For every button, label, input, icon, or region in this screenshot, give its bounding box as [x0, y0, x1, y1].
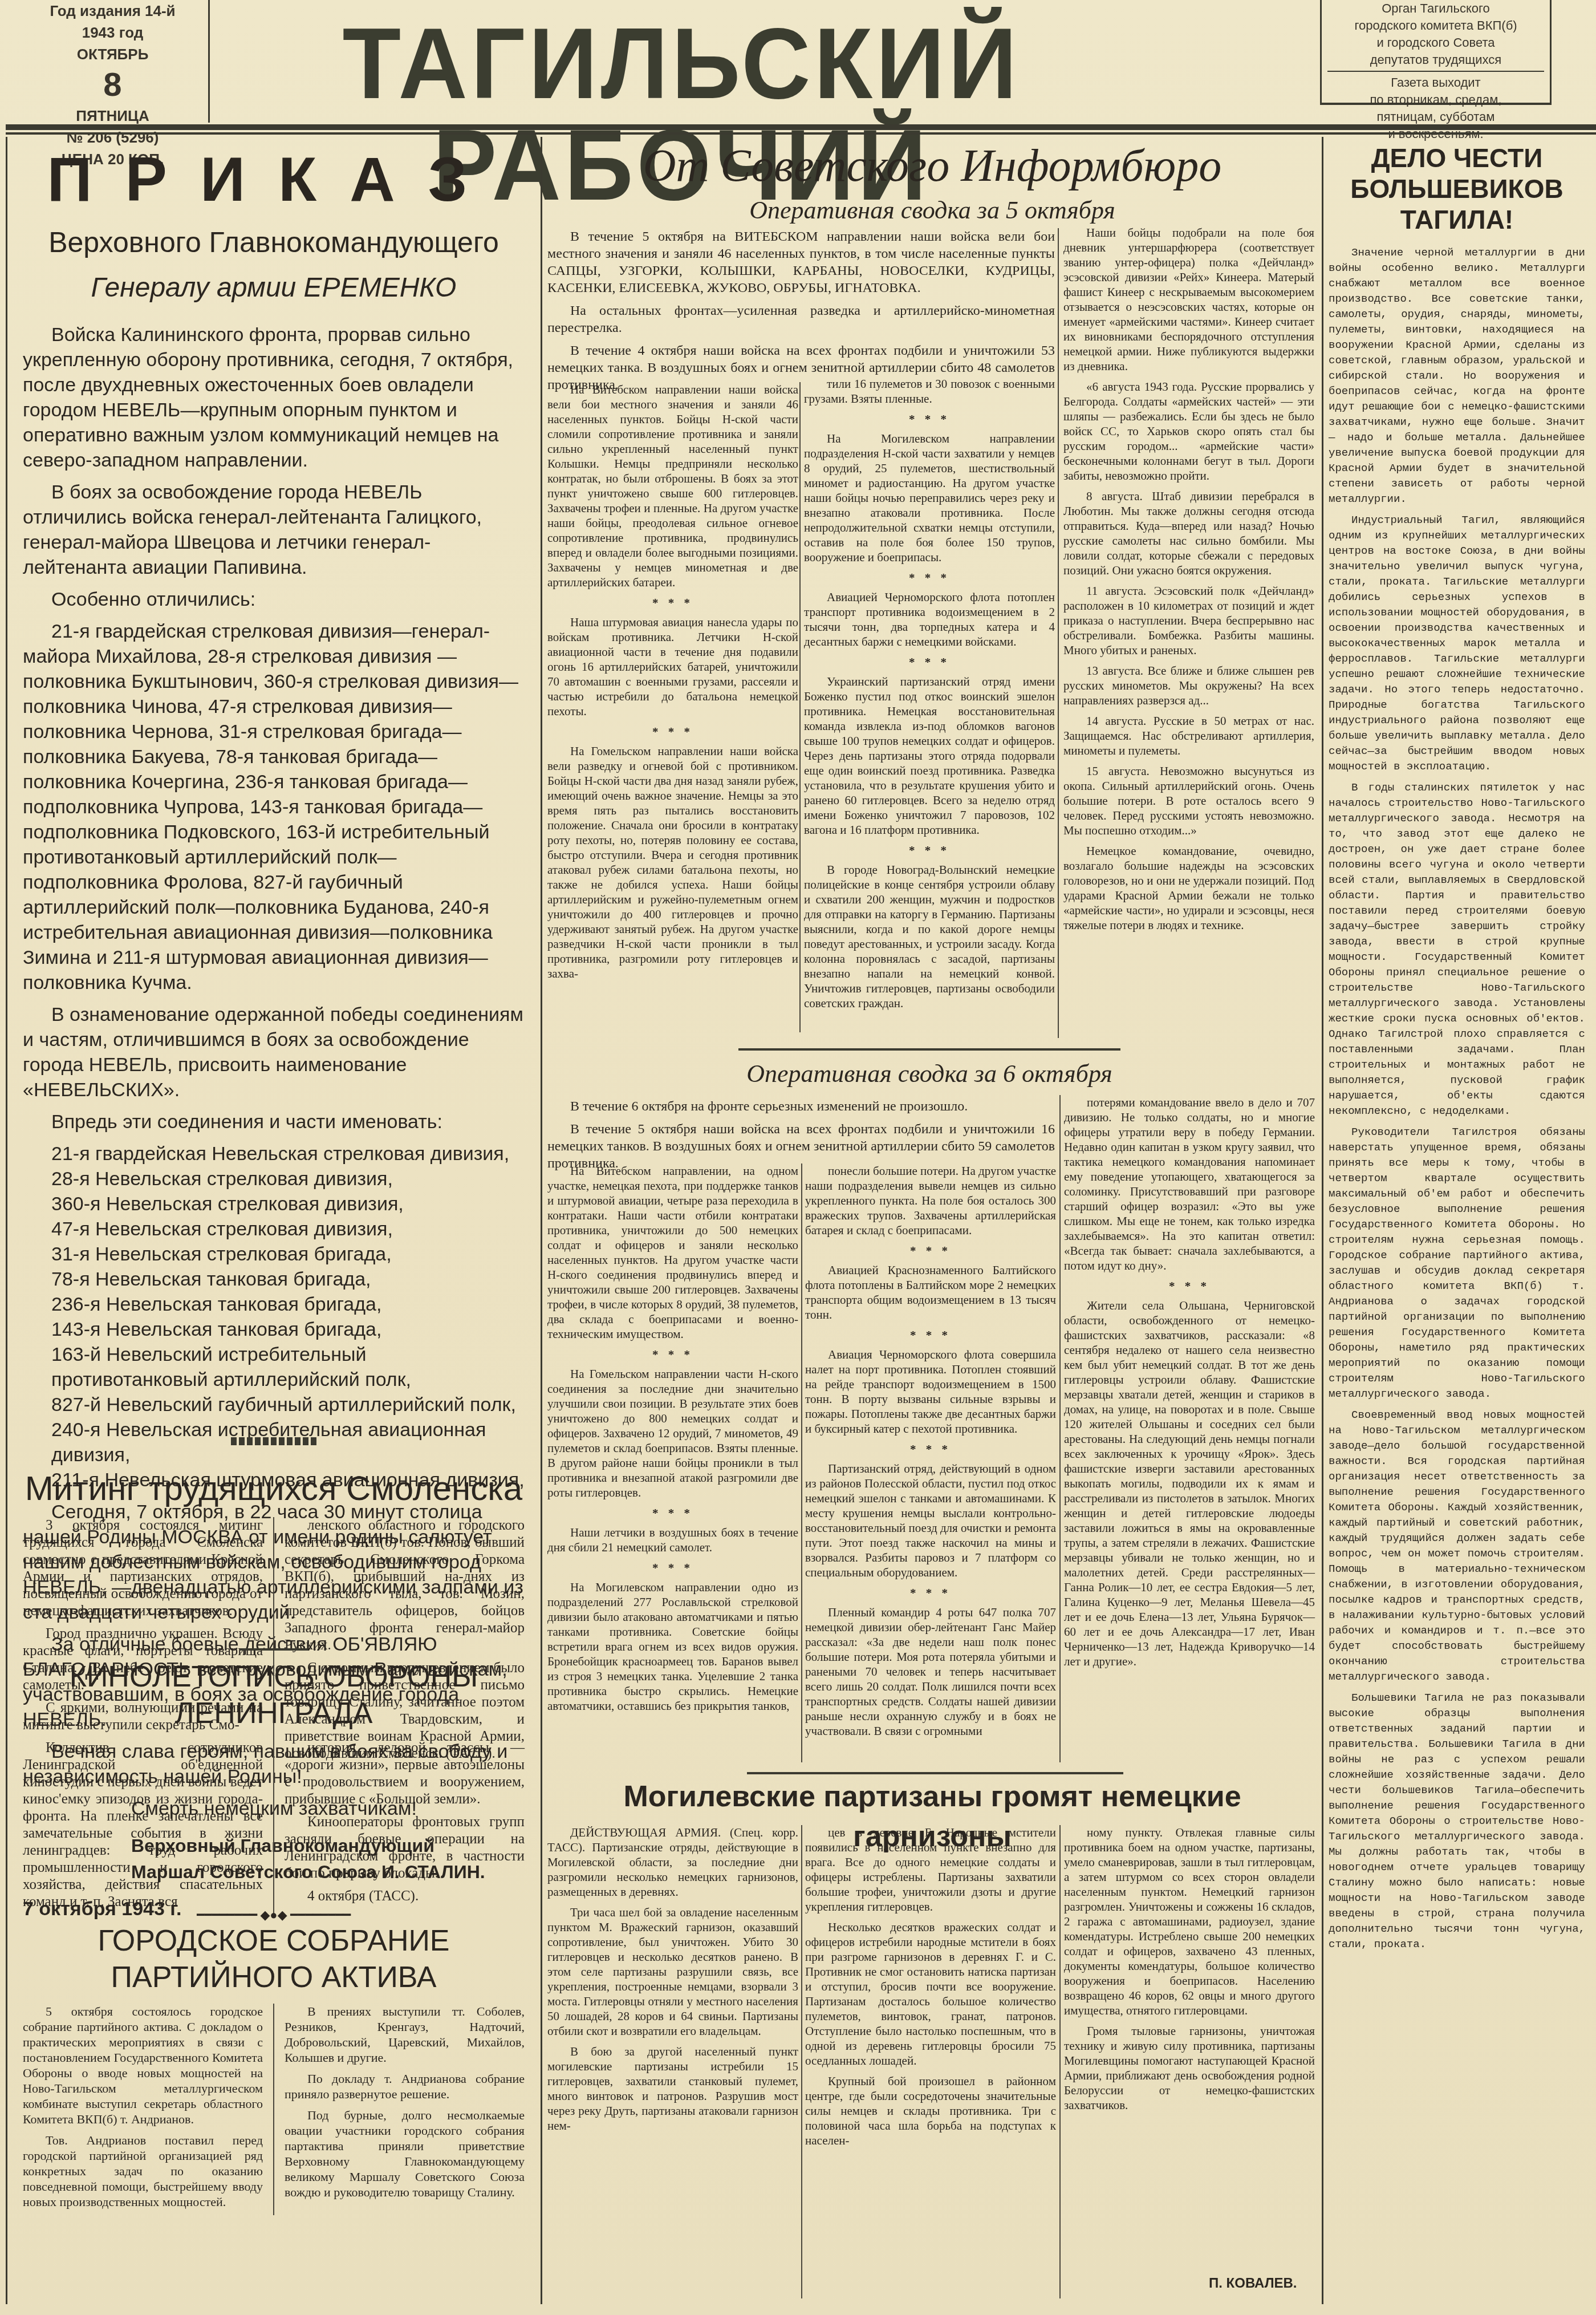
- paragraph: Тов. Андрианов поставил перед городской …: [23, 2132, 263, 2209]
- kino-title-line2: ЛЕНИНГРАДА: [23, 1695, 525, 1732]
- section-separator: * * *: [547, 1560, 798, 1575]
- paragraph: 11 августа. Эсэсовский полк «Дейчланд» р…: [1063, 583, 1314, 658]
- aktiv-title-line2: ПАРТИЙНОГО АКТИВА: [23, 1959, 525, 1996]
- paragraph: история ледовой трассы — «дороги жизни»,…: [285, 1740, 525, 1808]
- article-column: 5 октября состоялось городское собрание …: [23, 2004, 263, 2215]
- mogilev-author: П. КОВАЛЕВ.: [1209, 2276, 1297, 2292]
- paragraph: Войска Калининского фронта, прорвав силь…: [23, 322, 525, 473]
- column-divider: [273, 1740, 274, 1916]
- publisher-line: и городского Совета: [1322, 34, 1550, 51]
- paragraph: Авиацией Черноморского флота потоплен тр…: [804, 590, 1055, 649]
- paragraph: Наша штурмовая авиация нанесла удары по …: [547, 615, 798, 719]
- month: ОКТЯБРЬ: [17, 43, 208, 65]
- schedule-line: по вторникам, средам,: [1322, 91, 1550, 108]
- ornament-divider: [231, 1437, 316, 1445]
- unit-name: 143-я Невельская танковая бригада,: [23, 1317, 525, 1342]
- editorial-title-line2: БОЛЬШЕВИКОВ: [1329, 173, 1585, 204]
- year: 1943 год: [17, 22, 208, 43]
- section-divider: [747, 1772, 1123, 1774]
- paragraph: Пленный командир 4 роты 647 полка 707 не…: [805, 1605, 1056, 1738]
- paragraph: На Могилевском направлении подразделения…: [804, 431, 1055, 565]
- paragraph: В годы сталинских пятилеток у нас начало…: [1329, 780, 1585, 1119]
- unit-name: 360-я Невельская стрелковая дивизия,: [23, 1191, 525, 1217]
- paragraph: На Гомельском направлении части Н-ского …: [547, 1367, 798, 1500]
- paragraph: Особенно отличились:: [23, 587, 525, 612]
- paragraph: В прениях выступили тт. Соболев, Резнико…: [285, 2004, 525, 2065]
- unit-name: 236-я Невельская танковая бригада,: [23, 1292, 525, 1317]
- article-column: цев в деревне Б. Народные мстители появи…: [805, 1825, 1056, 2154]
- day: 8: [17, 65, 208, 105]
- paragraph: Крупный бой произошел в районном центре,…: [805, 2074, 1056, 2148]
- paragraph: Украинский партизанский отряд имени Боже…: [804, 674, 1055, 837]
- kino-article: КИНОЛЕТОПИСЬ ОБОРОНЫ ЛЕНИНГРАДА Коллекти…: [23, 1648, 525, 1916]
- paragraph: понесли большие потери. На другом участк…: [805, 1163, 1056, 1238]
- paragraph: Впредь эти соединения и части именовать:: [23, 1109, 525, 1134]
- aktiv-article: ━━━━━━━━ ◆●◆ ━━━━━━━━ ГОРОДСКОЕ СОБРАНИЕ…: [23, 1908, 525, 2215]
- paragraph: Коллектив сотрудников Ленинградской об'е…: [23, 1740, 263, 1911]
- aktiv-title-line1: ГОРОДСКОЕ СОБРАНИЕ: [23, 1923, 525, 1959]
- year-label: Год издания 14-й: [17, 0, 208, 22]
- paragraph: Громя тыловые гарнизоны, уничтожая техни…: [1064, 2024, 1315, 2113]
- paragraph: цев в деревне Б. Народные мстители появи…: [805, 1825, 1056, 1914]
- editorial-title-line3: ТАГИЛА!: [1329, 204, 1585, 235]
- paragraph: 3 октября состоялся митинг трудящихся го…: [23, 1517, 263, 1620]
- article-column: В прениях выступили тт. Соболев, Резнико…: [285, 2004, 525, 2215]
- kino-title-line1: КИНОЛЕТОПИСЬ ОБОРОНЫ: [23, 1659, 525, 1695]
- paragraph: Несколько десятков вражеских солдат и оф…: [805, 1920, 1056, 2068]
- sovinform-article: От Советского Информбюро Оперативная сво…: [550, 140, 1314, 226]
- paragraph: ленского областного и городского комитет…: [285, 1517, 525, 1654]
- column-divider: [801, 1163, 802, 1762]
- prikaz-title: ПРИКАЗ: [23, 145, 525, 214]
- divider: [1327, 71, 1544, 72]
- paragraph: На Могилевском направлении одно из подра…: [547, 1580, 798, 1713]
- paragraph: 13 августа. Все ближе и ближе слышен рев…: [1063, 663, 1314, 708]
- unit-name: 78-я Невельская танковая бригада,: [23, 1267, 525, 1292]
- section-separator: * * *: [547, 595, 798, 610]
- masthead-rule-thin: [6, 132, 1596, 135]
- section-separator: * * *: [805, 1586, 1056, 1600]
- paragraph: Значение черной металлургии в дни войны …: [1329, 245, 1585, 507]
- paragraph: Партизанский отряд, действующий в одном …: [805, 1461, 1056, 1580]
- column-divider: [799, 382, 801, 1032]
- paragraph: 21-я гвардейская стрелковая дивизия—гене…: [23, 619, 525, 995]
- column-divider: [1322, 137, 1323, 2304]
- ornament-divider: ━━━━━━━━ ◆●◆ ━━━━━━━━: [23, 1908, 525, 1923]
- section-separator: * * *: [547, 724, 798, 739]
- unit-name: 31-я Невельская стрелковая бригада,: [23, 1242, 525, 1267]
- editorial-title-line1: ДЕЛО ЧЕСТИ: [1329, 143, 1585, 173]
- column-divider: [1059, 1095, 1061, 1762]
- paragraph: тили 16 пулеметов и 30 повозок с военным…: [804, 376, 1055, 406]
- unit-name: 827-й Невельский гаубичный артиллерийски…: [23, 1392, 525, 1417]
- paragraph: Три часа шел бой за овладение населенным…: [547, 1905, 798, 2038]
- unit-name: 47-я Невельская стрелковая дивизия,: [23, 1217, 525, 1242]
- publisher-line: депутатов трудящихся: [1322, 51, 1550, 68]
- paragraph: 15 августа. Невозможно высунуться из око…: [1063, 764, 1314, 838]
- paragraph: На остальных фронтах—усиленная разведка …: [547, 302, 1055, 336]
- unit-name: 21-я гвардейская Невельская стрелковая д…: [23, 1141, 525, 1166]
- smolensk-title: Митинг трудящихся Смоленска: [23, 1468, 525, 1509]
- paragraph: В городе Новоград-Волынский немецкие пол…: [804, 862, 1055, 1011]
- editorial-article: ДЕЛО ЧЕСТИ БОЛЬШЕВИКОВ ТАГИЛА! Значение …: [1329, 143, 1585, 1958]
- weekday: ПЯТНИЦА: [17, 105, 208, 127]
- svodka6-title: Оперативная сводка за 6 октября: [547, 1058, 1311, 1090]
- paragraph: В течение 6 октября на фронте серьезных …: [547, 1098, 1055, 1115]
- section-separator: * * *: [547, 1506, 798, 1521]
- paragraph: Немецкое командование, очевидно, возлага…: [1063, 844, 1314, 933]
- paragraph: Под бурные, долго несмолкаемые овации уч…: [285, 2107, 525, 2200]
- masthead-rule: [6, 124, 1596, 130]
- paragraph: В течение 5 октября на ВИТЕБСКОМ направл…: [547, 228, 1055, 297]
- paragraph: «6 августа 1943 года. Русские прорвались…: [1063, 379, 1314, 483]
- short-divider: [239, 1648, 308, 1651]
- article-column: На Витебском направлении наши войска вел…: [547, 382, 798, 987]
- paragraph: Руководители Тагилстроя обязаны наверста…: [1329, 1125, 1585, 1402]
- column-divider: [273, 2004, 274, 2215]
- paragraph: На Гомельском направлении наши войска ве…: [547, 744, 798, 981]
- unit-name: 163-й Невельский истребительный противот…: [23, 1342, 525, 1392]
- schedule-line: пятницам, субботам: [1322, 108, 1550, 125]
- section-separator: * * *: [804, 655, 1055, 670]
- paragraph: На Витебском направлении наши войска вел…: [547, 382, 798, 590]
- article-column: потерями командование ввело в дело и 707…: [1064, 1095, 1315, 1675]
- section-separator: * * *: [547, 1347, 798, 1362]
- paragraph: Жители села Ольшана, Черниговской област…: [1064, 1298, 1315, 1669]
- column-divider: [541, 137, 542, 2304]
- issue-info-box: Год издания 14-й 1943 год ОКТЯБРЬ 8 ПЯТН…: [17, 0, 210, 123]
- paragraph: Своевременный ввод новых мощностей на Но…: [1329, 1408, 1585, 1685]
- paragraph: В ознаменование одержанной победы соедин…: [23, 1002, 525, 1102]
- publisher-box: Орган Тагильского городского комитета ВК…: [1320, 0, 1552, 105]
- article-column: ДЕЙСТВУЮЩАЯ АРМИЯ. (Спец. корр. ТАСС). П…: [547, 1825, 798, 2139]
- paragraph: 14 августа. Русские в 50 метрах от нас. …: [1063, 713, 1314, 758]
- paragraph: Индустриальный Тагил, являющийся одним и…: [1329, 513, 1585, 775]
- section-separator: * * *: [805, 1442, 1056, 1457]
- svodka5-title: Оперативная сводка за 5 октября: [550, 194, 1314, 226]
- newspaper-page: Год издания 14-й 1943 год ОКТЯБРЬ 8 ПЯТН…: [0, 0, 1596, 2315]
- article-column: история ледовой трассы — «дороги жизни»,…: [285, 1740, 525, 1916]
- paragraph: Авиацией Краснознаменного Балтийского фл…: [805, 1263, 1056, 1322]
- section-divider: [738, 1048, 1120, 1051]
- paragraph: Кинооператоры фронтовых групп засняли бо…: [285, 1814, 525, 1882]
- article-column: ному пункту. Отвлекая главные силы проти…: [1064, 1825, 1315, 2118]
- paragraph: В боях за освобождение города НЕВЕЛЬ отл…: [23, 480, 525, 580]
- schedule-line: Газета выходит: [1322, 74, 1550, 91]
- paragraph: ДЕЙСТВУЮЩАЯ АРМИЯ. (Спец. корр. ТАСС). П…: [547, 1825, 798, 1899]
- sovinform-title: От Советского Информбюро: [550, 140, 1314, 192]
- column-divider: [1059, 1825, 1061, 2298]
- paragraph: 8 августа. Штаб дивизии перебрался в Люб…: [1063, 489, 1314, 578]
- paragraph: По докладу т. Андрианова собрание принял…: [285, 2071, 525, 2102]
- paragraph: ному пункту. Отвлекая главные силы проти…: [1064, 1825, 1315, 2018]
- section-separator: * * *: [804, 570, 1055, 585]
- page-border: [6, 137, 7, 2304]
- paragraph: 4 октября (ТАСС).: [285, 1888, 525, 1905]
- section-separator: * * *: [804, 412, 1055, 427]
- editorial-body: Значение черной металлургии в дни войны …: [1329, 245, 1585, 1952]
- section-separator: * * *: [805, 1243, 1056, 1258]
- prikaz-subtitle: Верховного Главнокомандующего: [23, 225, 525, 260]
- paragraph: Большевики Тагила не раз показывали высо…: [1329, 1690, 1585, 1952]
- unit-name: 28-я Невельская стрелковая дивизия,: [23, 1166, 525, 1191]
- section-separator: * * *: [804, 843, 1055, 858]
- publisher-line: городского комитета ВКП(б): [1322, 17, 1550, 34]
- prikaz-addressee: Генералу армии ЕРЕМЕНКО: [23, 271, 525, 305]
- paragraph: 5 октября состоялось городское собрание …: [23, 2004, 263, 2127]
- article-column: Наши бойцы подобрали на поле боя дневник…: [1063, 225, 1314, 938]
- svodka5-lead: В течение 5 октября на ВИТЕБСКОМ направл…: [547, 228, 1055, 399]
- paragraph: Наши летчики в воздушных боях в течение …: [547, 1525, 798, 1555]
- article-column: На Витебском направлении, на одном участ…: [547, 1163, 798, 1719]
- publisher-line: Орган Тагильского: [1322, 0, 1550, 17]
- article-column: понесли большие потери. На другом участк…: [805, 1163, 1056, 1744]
- paragraph: Наши бойцы подобрали на поле боя дневник…: [1063, 225, 1314, 374]
- article-column: тили 16 пулеметов и 30 повозок с военным…: [804, 376, 1055, 1016]
- paragraph: потерями командование ввело в дело и 707…: [1064, 1095, 1315, 1273]
- section-separator: * * *: [1064, 1279, 1315, 1294]
- column-divider: [1058, 228, 1059, 1038]
- paragraph: В бою за другой населенный пункт могилев…: [547, 2044, 798, 2133]
- paragraph: Авиация Черноморского флота совершила на…: [805, 1347, 1056, 1436]
- article-column: Коллектив сотрудников Ленинградской об'е…: [23, 1740, 263, 1916]
- column-divider: [801, 1825, 802, 2298]
- paragraph: На Витебском направлении, на одном участ…: [547, 1163, 798, 1341]
- section-separator: * * *: [805, 1328, 1056, 1343]
